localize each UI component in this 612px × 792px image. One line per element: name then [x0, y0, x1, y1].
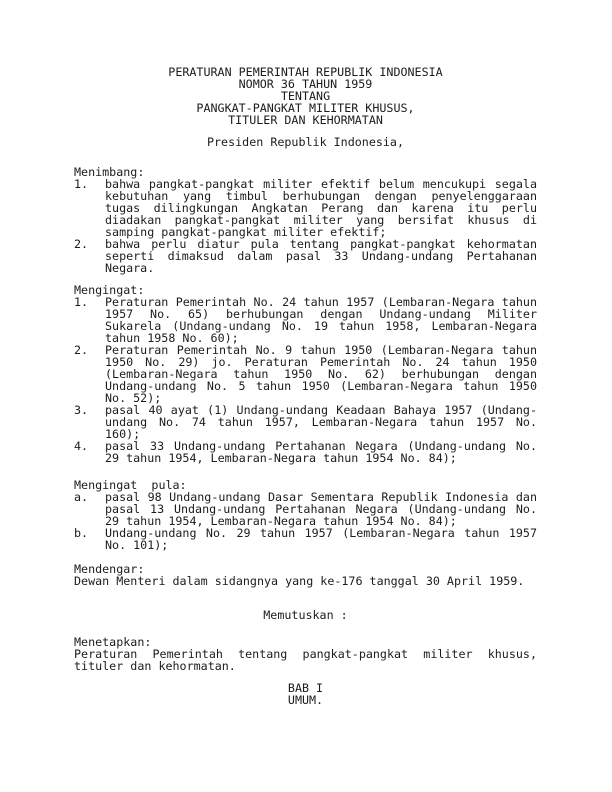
- mengingat-item-4: 4. pasal 33 Undang-undang Pertahanan Neg…: [74, 440, 537, 464]
- document-content: PERATURAN PEMERINTAH REPUBLIK INDONESIA …: [74, 66, 537, 706]
- item-number: 2.: [74, 344, 105, 404]
- mendengar-section: Mendengar: Dewan Menteri dalam sidangnya…: [74, 563, 537, 587]
- item-text: pasal 98 Undang-undang Dasar Sementara R…: [105, 491, 537, 527]
- mengingat-pula-section: Mengingat pula: a. pasal 98 Undang-undan…: [74, 479, 537, 551]
- item-text: Peraturan Pemerintah No. 9 tahun 1950 (L…: [105, 344, 537, 404]
- item-text: bahwa pangkat-pangkat militer efektif be…: [105, 178, 537, 238]
- mengingat-pula-item-a: a. pasal 98 Undang-undang Dasar Sementar…: [74, 491, 537, 527]
- menetapkan-section: Menetapkan: Peraturan Pemerintah tentang…: [74, 636, 537, 672]
- item-number: 1.: [74, 296, 105, 344]
- item-text: Peraturan Pemerintah No. 24 tahun 1957 (…: [105, 296, 537, 344]
- item-text: bahwa perlu diatur pula tentang pangkat-…: [105, 238, 537, 274]
- item-number: 2.: [74, 238, 105, 274]
- item-number: 3.: [74, 404, 105, 440]
- menetapkan-text: Peraturan Pemerintah tentang pangkat-pan…: [74, 648, 537, 672]
- title-line-5: TITULER DAN KEHORMATAN: [74, 114, 537, 126]
- bab-section: BAB I UMUM.: [74, 682, 537, 706]
- item-number: 4.: [74, 440, 105, 464]
- memutuskan-heading: Memutuskan :: [74, 609, 537, 621]
- item-number: 1.: [74, 178, 105, 238]
- mengingat-pula-item-b: b. Undang-undang No. 29 tahun 1957 (Lemb…: [74, 527, 537, 551]
- mengingat-section: Mengingat: 1. Peraturan Pemerintah No. 2…: [74, 284, 537, 464]
- menimbang-item-1: 1. bahwa pangkat-pangkat militer efektif…: [74, 178, 537, 238]
- document-page: PERATURAN PEMERINTAH REPUBLIK INDONESIA …: [0, 0, 612, 792]
- menimbang-item-2: 2. bahwa perlu diatur pula tentang pangk…: [74, 238, 537, 274]
- item-text: pasal 40 ayat (1) Undang-undang Keadaan …: [105, 404, 537, 440]
- salutation: Presiden Republik Indonesia,: [74, 136, 537, 148]
- item-text: Undang-undang No. 29 tahun 1957 (Lembara…: [105, 527, 537, 551]
- document-title: PERATURAN PEMERINTAH REPUBLIK INDONESIA …: [74, 66, 537, 126]
- mengingat-item-3: 3. pasal 40 ayat (1) Undang-undang Keada…: [74, 404, 537, 440]
- item-text: pasal 33 Undang-undang Pertahanan Negara…: [105, 440, 537, 464]
- bab-subtitle: UMUM.: [74, 694, 537, 706]
- item-number: b.: [74, 527, 105, 551]
- mendengar-text: Dewan Menteri dalam sidangnya yang ke-17…: [74, 575, 537, 587]
- item-number: a.: [74, 491, 105, 527]
- menimbang-section: Menimbang: 1. bahwa pangkat-pangkat mili…: [74, 166, 537, 274]
- mengingat-item-2: 2. Peraturan Pemerintah No. 9 tahun 1950…: [74, 344, 537, 404]
- mengingat-item-1: 1. Peraturan Pemerintah No. 24 tahun 195…: [74, 296, 537, 344]
